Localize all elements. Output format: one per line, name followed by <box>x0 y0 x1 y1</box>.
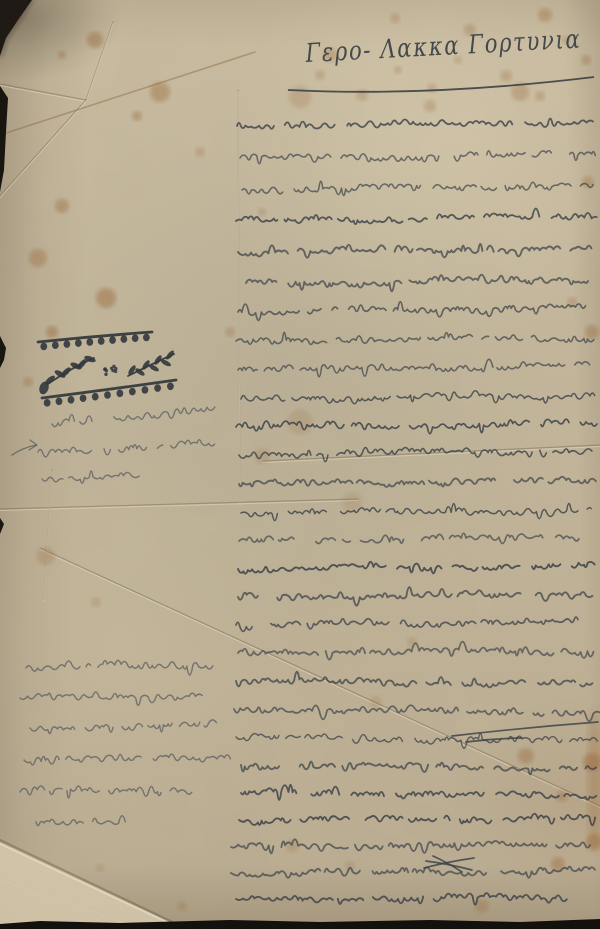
paper-grain <box>0 0 600 929</box>
manuscript-scan: Γερο- Λακκα Γορτυνια <box>0 0 600 929</box>
manuscript-ink-layer: Γερο- Λακκα Γορτυνια <box>0 0 600 929</box>
